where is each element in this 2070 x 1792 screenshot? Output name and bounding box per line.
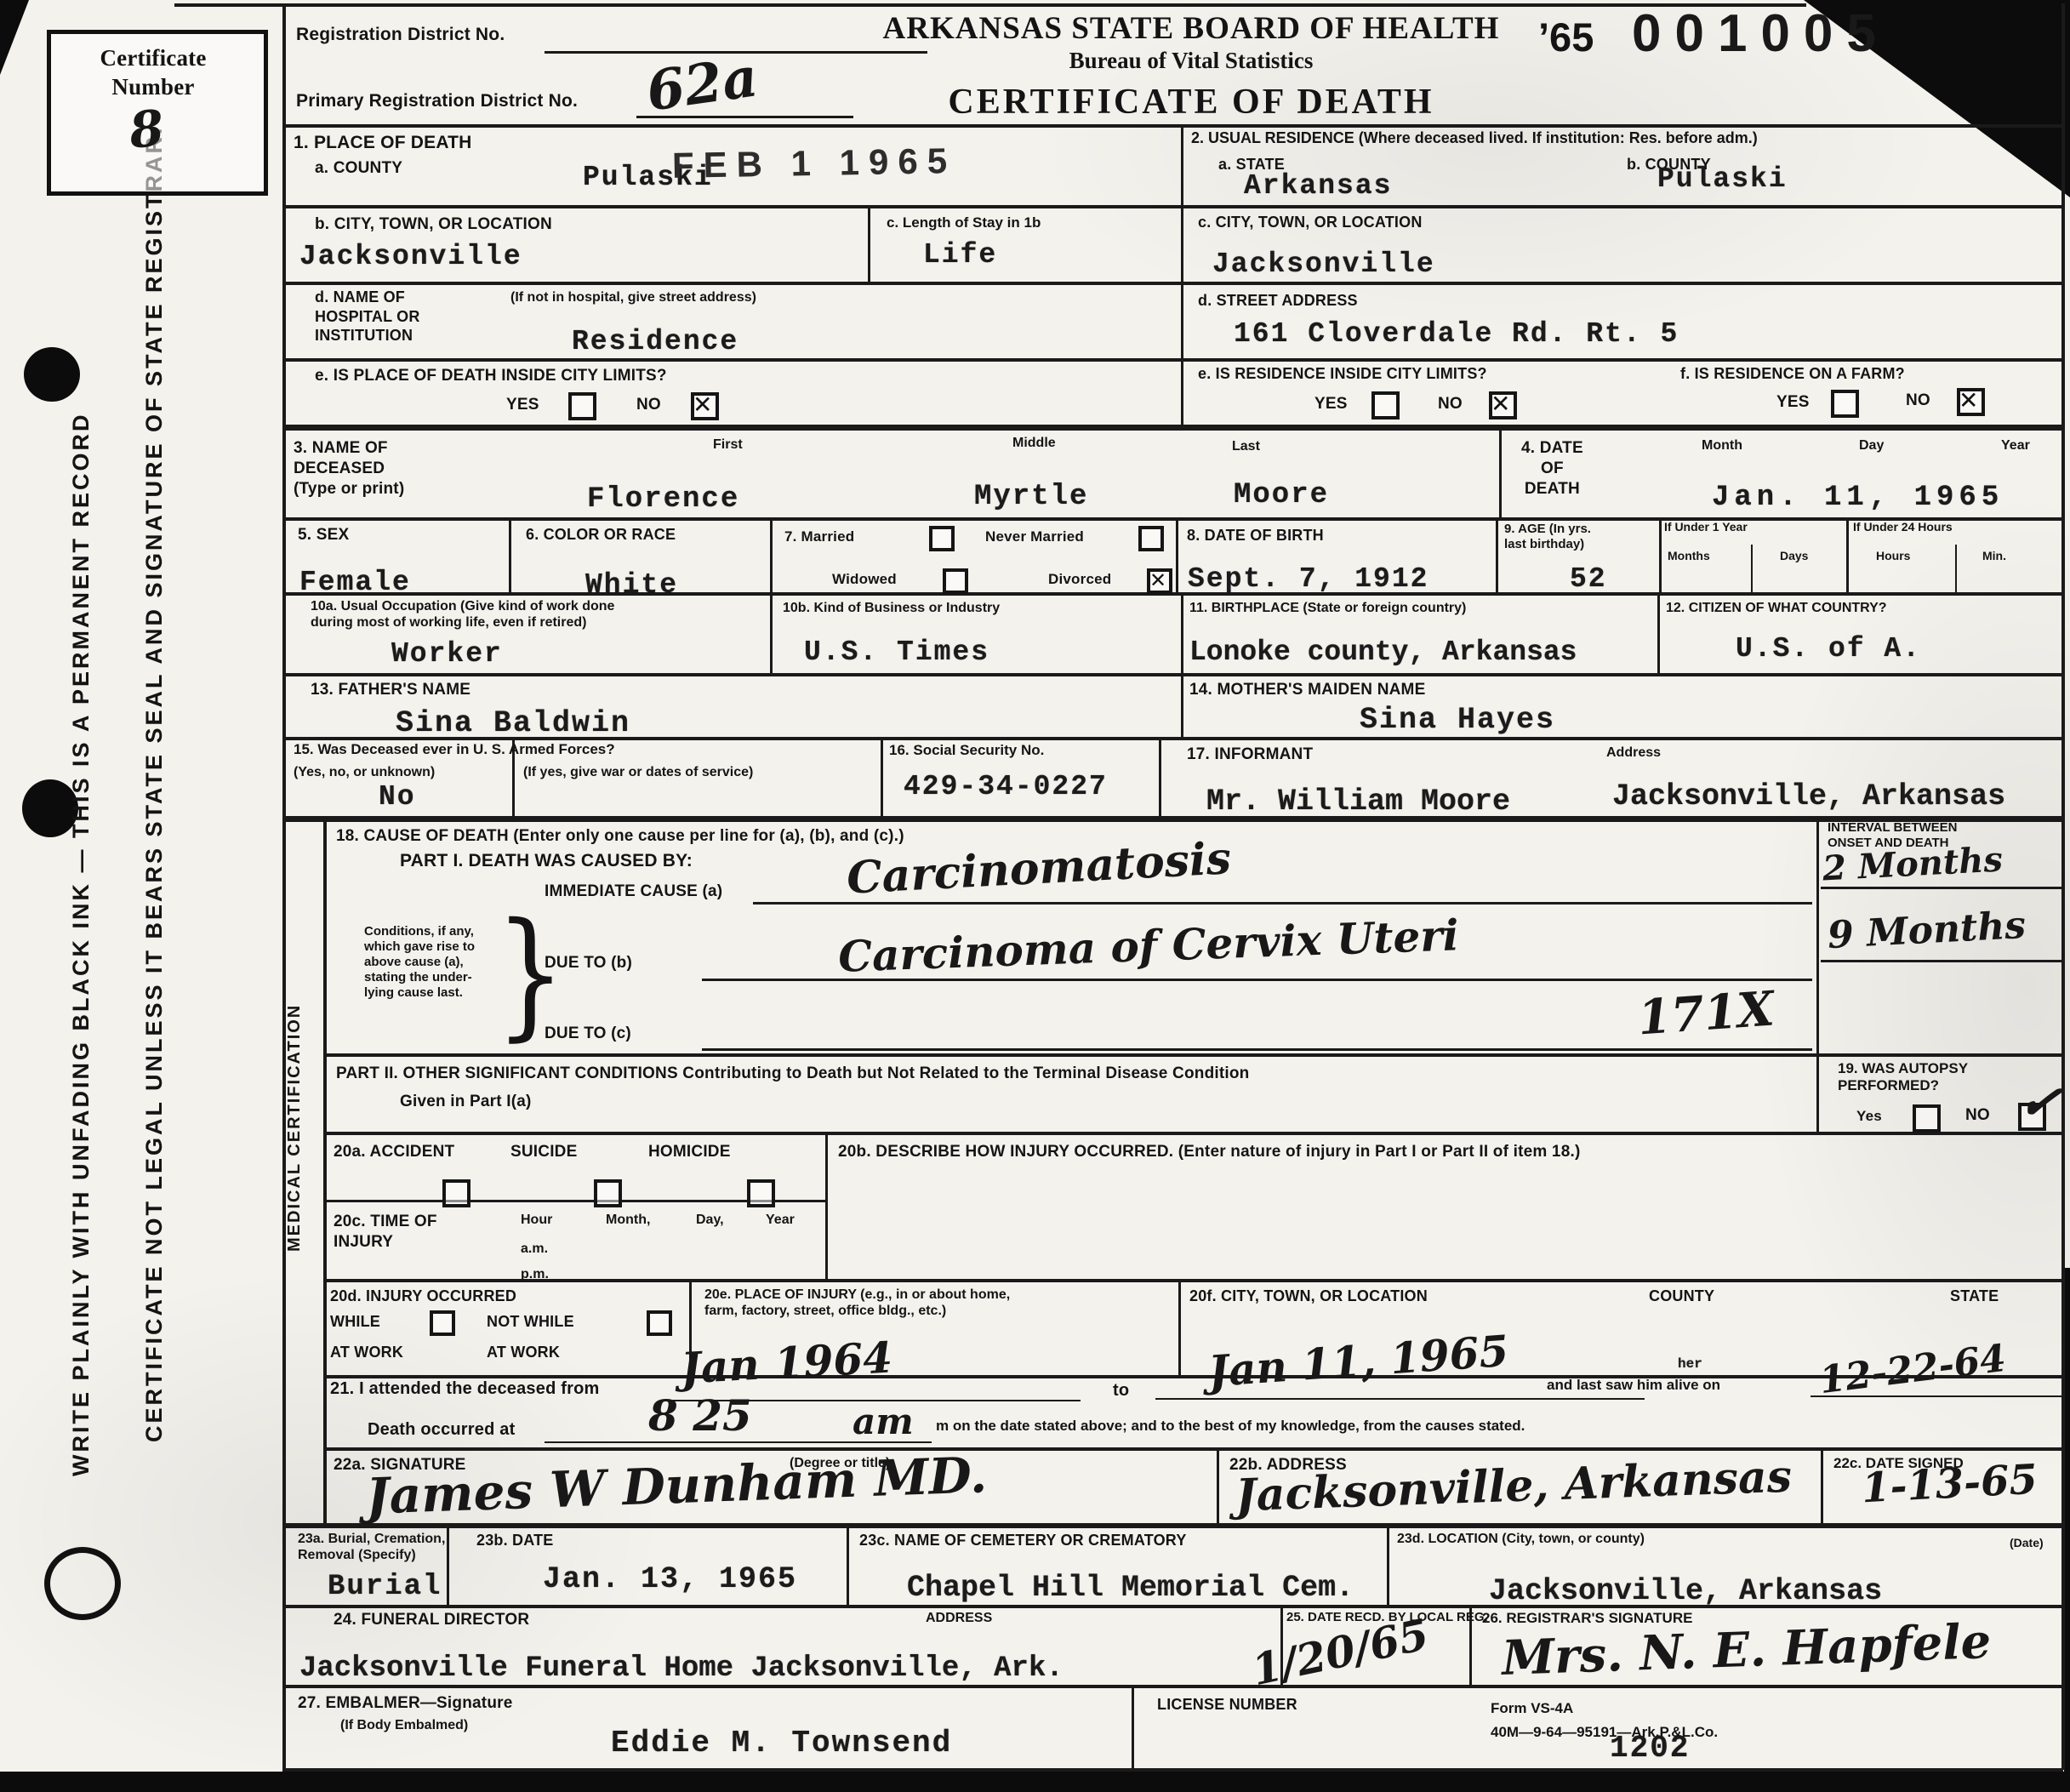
autopsy-label: 19. WAS AUTOPSY PERFORMED? (1838, 1060, 1968, 1095)
pm-label: p.m. (521, 1266, 549, 1282)
attended-text-1: 21. I attended the deceased from (330, 1378, 600, 1400)
dob-value: Sept. 7, 1912 (1188, 563, 1428, 595)
place-limits-yes-label: YES (506, 395, 539, 415)
informant-label: 17. INFORMANT (1187, 745, 1313, 765)
cause-section: 18. CAUSE OF DEATH (Enter only one cause… (336, 826, 904, 847)
burial-location-value: Jacksonville, Arkansas (1489, 1574, 1882, 1608)
father-label: 13. FATHER'S NAME (311, 680, 470, 700)
min-label: Min. (1982, 549, 2006, 563)
burial-location-label: 23d. LOCATION (City, town, or county) (1397, 1531, 1645, 1547)
race-label: 6. COLOR OR RACE (526, 525, 676, 545)
birthplace-label: 11. BIRTHPLACE (State or foreign country… (1189, 600, 1466, 616)
armed-forces-note2: (If yes, give war or dates of service) (523, 764, 753, 780)
at-work-label-1: AT WORK (330, 1343, 403, 1362)
autopsy-yes-label: Yes (1856, 1107, 1882, 1125)
death-year-label: Year (2001, 437, 2030, 454)
farm-no-checkbox-checked: ✕ (1957, 388, 1985, 416)
burial-date-label: 23b. DATE (476, 1531, 553, 1550)
armed-forces-label: 15. Was Deceased ever in U. S. Armed For… (294, 741, 615, 758)
residence-city-label: c. CITY, TOWN, OR LOCATION (1198, 213, 1423, 232)
place-limits-label: e. IS PLACE OF DEATH INSIDE CITY LIMITS? (315, 366, 667, 386)
deceased-name-section: 3. NAME OF DECEASED (Type or print) (294, 438, 404, 499)
residence-city-value: Jacksonville (1212, 248, 1435, 280)
informant-value: Mr. William Moore (1206, 785, 1510, 819)
last-seen-value: 12-22-64 (1817, 1337, 2009, 1402)
cemetery-label: 23c. NAME OF CEMETERY OR CREMATORY (859, 1531, 1187, 1550)
attended-text-2: to (1113, 1380, 1129, 1401)
suicide-checkbox (594, 1179, 622, 1207)
residence-limits-no-checkbox-checked: ✕ (1489, 391, 1517, 419)
not-while-label: NOT WHILE (487, 1312, 574, 1332)
name-last-label: Last (1232, 438, 1260, 454)
residence-limits-yes-label: YES (1314, 394, 1348, 414)
form-number: Form VS-4A (1491, 1700, 1573, 1717)
date-signed-value: 1-13-65 (1861, 1456, 2039, 1513)
burial-type-label: 23a. Burial, Cremation, Removal (Specify… (298, 1531, 445, 1563)
homicide-checkbox (747, 1179, 775, 1207)
citizen-value: U.S. of A. (1736, 633, 1921, 665)
race-value: White (585, 569, 678, 601)
name-last-value: Moore (1234, 479, 1329, 511)
certificate-number-value: 8 (127, 99, 167, 160)
marital-divorced-label: Divorced (1048, 570, 1111, 588)
due-to-b-value: Carcinoma of Cervix Uteri (837, 910, 1459, 981)
funeral-address-label: ADDRESS (926, 1610, 992, 1626)
board-title: ARKANSAS STATE BOARD OF HEALTH (766, 10, 1617, 47)
scan-bottom-strip (0, 1772, 2070, 1792)
death-time-value: 8 25 (648, 1390, 752, 1441)
ssn-label: 16. Social Security No. (889, 742, 1044, 759)
death-day-label: Day (1859, 437, 1884, 454)
serial-number: 001005 (1632, 3, 1890, 64)
suicide-label: SUICIDE (510, 1142, 577, 1162)
death-occurred-text: Death occurred at (368, 1419, 515, 1441)
death-ampm-value: am (853, 1401, 914, 1442)
burial-type-value: Burial (328, 1571, 442, 1603)
homicide-label: HOMICIDE (648, 1142, 731, 1162)
under-1-year-label: If Under 1 Year (1664, 520, 1748, 534)
informant-address-label: Address (1606, 745, 1661, 761)
injury-occurred-label: 20d. INJURY OCCURRED (330, 1287, 516, 1306)
birthplace-value: Lonoke county, Arkansas (1189, 636, 1577, 668)
embalmer-label: 27. EMBALMER—Signature (298, 1693, 513, 1714)
hospital-value: Residence (572, 326, 738, 357)
occupation-value: Worker (391, 638, 503, 670)
accident-label: 20a. ACCIDENT (334, 1142, 454, 1162)
place-limits-no-checkbox-checked: ✕ (691, 392, 719, 420)
while-label: WHILE (330, 1312, 380, 1332)
place-of-death-section: 1. PLACE OF DEATH (294, 132, 472, 154)
place-of-injury-label: 20e. PLACE OF INJURY (e.g., in or about … (704, 1287, 1010, 1319)
days-label: Days (1780, 549, 1808, 563)
hours-label: Hours (1876, 549, 1910, 563)
farm-yes-label: YES (1776, 392, 1810, 413)
scan-corner-mark (0, 0, 29, 75)
immediate-cause-label: IMMEDIATE CAUSE (a) (545, 882, 722, 902)
scan-right-sliver (2064, 1268, 2070, 1778)
street-address-value: 161 Cloverdale Rd. Rt. 5 (1234, 318, 1679, 350)
part2b-label: Given in Part I(a) (400, 1092, 532, 1112)
street-address-label: d. STREET ADDRESS (1198, 291, 1358, 311)
cemetery-value: Chapel Hill Memorial Cem. (907, 1571, 1354, 1605)
marital-divorced-checkbox-checked: ✕ (1147, 568, 1172, 594)
armed-forces-note1: (Yes, no, or unknown) (294, 764, 435, 780)
while-checkbox (430, 1310, 455, 1336)
name-middle-value: Myrtle (974, 481, 1088, 513)
registration-district-label: Registration District No. (296, 24, 505, 46)
marital-never-label: Never Married (985, 528, 1084, 545)
accident-checkbox (442, 1179, 470, 1207)
name-first-label: First (713, 437, 743, 453)
residence-limits-yes-checkbox (1371, 391, 1400, 419)
citizen-label: 12. CITIZEN OF WHAT COUNTRY? (1666, 600, 1887, 616)
margin-permanent-record-note: WRITE PLAINLY WITH UNFADING BLACK INK — … (68, 281, 104, 1608)
death-month-label: Month (1702, 437, 1742, 454)
certificate-number-label: Certificate Number (47, 44, 259, 102)
injury-state-label: STATE (1950, 1287, 1999, 1306)
armed-forces-value: No (379, 781, 416, 813)
farm-label: f. IS RESIDENCE ON A FARM? (1680, 364, 1905, 384)
marital-widowed-checkbox (943, 568, 968, 594)
name-middle-label: Middle (1012, 435, 1056, 451)
embalmer-name-value: Eddie M. Townsend (611, 1726, 952, 1761)
margin-not-legal-note: CERTIFICATE NOT LEGAL UNLESS IT BEARS ST… (141, 191, 177, 1442)
death-occurred-text-2: m on the date stated above; and to the b… (936, 1418, 2050, 1435)
funeral-director-value: Jacksonville Funeral Home Jacksonville, … (299, 1652, 1064, 1685)
mother-label: 14. MOTHER'S MAIDEN NAME (1189, 680, 1425, 700)
business-label: 10b. Kind of Business or Industry (783, 600, 1000, 616)
marital-never-checkbox (1138, 526, 1164, 551)
autopsy-yes-checkbox (1913, 1104, 1941, 1133)
funeral-director-label: 24. FUNERAL DIRECTOR (334, 1610, 529, 1630)
describe-injury-label: 20b. DESCRIBE HOW INJURY OCCURRED. (Ente… (838, 1142, 2055, 1162)
serial-year: ’65 (1538, 14, 1594, 60)
autopsy-no-label: NO (1965, 1105, 1990, 1126)
burial-date-value: Jan. 13, 1965 (543, 1562, 797, 1596)
place-county-label: a. COUNTY (315, 158, 402, 179)
residence-section: 2. USUAL RESIDENCE (Where deceased lived… (1191, 129, 2050, 148)
length-of-stay-value: Life (923, 239, 997, 271)
license-number-label: LICENSE NUMBER (1157, 1695, 1297, 1715)
interval-b-value: 9 Months (1827, 904, 2027, 957)
part2-label: PART II. OTHER SIGNIFICANT CONDITIONS Co… (336, 1064, 1799, 1084)
date-received-stamp: FEB 1 1965 (672, 140, 957, 186)
print-code: 40M—9-64—95191—Ark.P.&L.Co. (1491, 1724, 1718, 1741)
date-of-death-label: 4. DATE OF DEATH (1521, 438, 1583, 499)
injury-city-label: 20f. CITY, TOWN, OR LOCATION (1189, 1287, 1428, 1306)
hour-label: Hour (521, 1212, 552, 1228)
due-to-c-label: DUE TO (c) (545, 1024, 631, 1044)
marital-married-checkbox (929, 526, 955, 551)
conditions-note: Conditions, if any, which gave rise to a… (364, 924, 475, 1001)
business-value: U.S. Times (804, 636, 989, 668)
occupation-label: 10a. Usual Occupation (Give kind of work… (311, 598, 614, 631)
attended-text-3: and last saw him alive on (1547, 1377, 1720, 1394)
father-value: Sina Baldwin (396, 706, 630, 740)
marital-widowed-label: Widowed (832, 570, 897, 588)
age-label: 9. AGE (In yrs. last birthday) (1504, 522, 1591, 552)
ssn-value: 429-34-0227 (904, 771, 1108, 802)
place-city-value: Jacksonville (299, 241, 522, 272)
primary-district-value: 62a (642, 45, 761, 123)
day-label: Day, (696, 1212, 724, 1228)
hospital-label: d. NAME OF HOSPITAL OR INSTITUTION (315, 288, 420, 345)
margin-medical-certification-label: MEDICAL CERTIFICATION (285, 923, 321, 1332)
injury-county-label: COUNTY (1649, 1287, 1714, 1306)
residence-county-value: Pulaski (1657, 163, 1788, 195)
year-label: Year (766, 1212, 795, 1228)
farm-yes-checkbox (1831, 390, 1859, 418)
length-of-stay-label: c. Length of Stay in 1b (887, 214, 1041, 231)
place-city-label: b. CITY, TOWN, OR LOCATION (315, 214, 552, 235)
residence-limits-label: e. IS RESIDENCE INSIDE CITY LIMITS? (1198, 364, 1487, 384)
marital-married-label: 7. Married (784, 528, 854, 545)
embalmer-note: (If Body Embalmed) (340, 1717, 468, 1733)
interval-a-value: 2 Months (1822, 839, 2004, 888)
residence-limits-no-label: NO (1438, 394, 1463, 414)
informant-address-value: Jacksonville, Arkansas (1612, 779, 2005, 813)
dob-label: 8. DATE OF BIRTH (1187, 526, 1324, 545)
hospital-note: (If not in hospital, give street address… (510, 289, 756, 305)
cause-part1: PART I. DEATH WAS CAUSED BY: (400, 850, 693, 872)
due-to-b-label: DUE TO (b) (545, 953, 632, 973)
due-to-c-code: 171X (1636, 980, 1776, 1046)
residence-state-value: Arkansas (1244, 170, 1392, 202)
sex-label: 5. SEX (298, 525, 349, 545)
sex-value: Female (299, 567, 411, 598)
burial-date-note: (Date) (2010, 1536, 2044, 1550)
her-overtype: her (1678, 1356, 1702, 1372)
primary-district-label: Primary Registration District No. (296, 90, 578, 112)
place-limits-yes-checkbox (568, 392, 596, 420)
at-work-label-2: AT WORK (487, 1343, 560, 1362)
farm-no-label: NO (1906, 391, 1930, 411)
age-value: 52 (1570, 563, 1607, 595)
month-label: Month, (606, 1212, 650, 1228)
place-limits-no-label: NO (636, 395, 661, 415)
date-of-death-value: Jan. 11, 1965 (1712, 482, 2004, 514)
not-while-checkbox (647, 1310, 672, 1336)
death-certificate-scan: WRITE PLAINLY WITH UNFADING BLACK INK — … (0, 0, 2070, 1792)
time-of-injury-label: 20c. TIME OF INJURY (334, 1212, 437, 1253)
name-first-value: Florence (587, 483, 739, 516)
autopsy-check-mark: ✓ (2014, 1068, 2067, 1136)
certificate-title: CERTIFICATE OF DEATH (766, 82, 1617, 123)
bureau-subtitle: Bureau of Vital Statistics (766, 48, 1617, 74)
under-24-hours-label: If Under 24 Hours (1853, 520, 1953, 534)
attended-to-value: Jan 11, 1965 (1206, 1326, 1510, 1397)
mother-value: Sina Hayes (1360, 703, 1555, 737)
attended-from-value: Jan 1964 (680, 1333, 894, 1394)
months-label: Months (1668, 549, 1710, 563)
am-label: a.m. (521, 1241, 548, 1257)
